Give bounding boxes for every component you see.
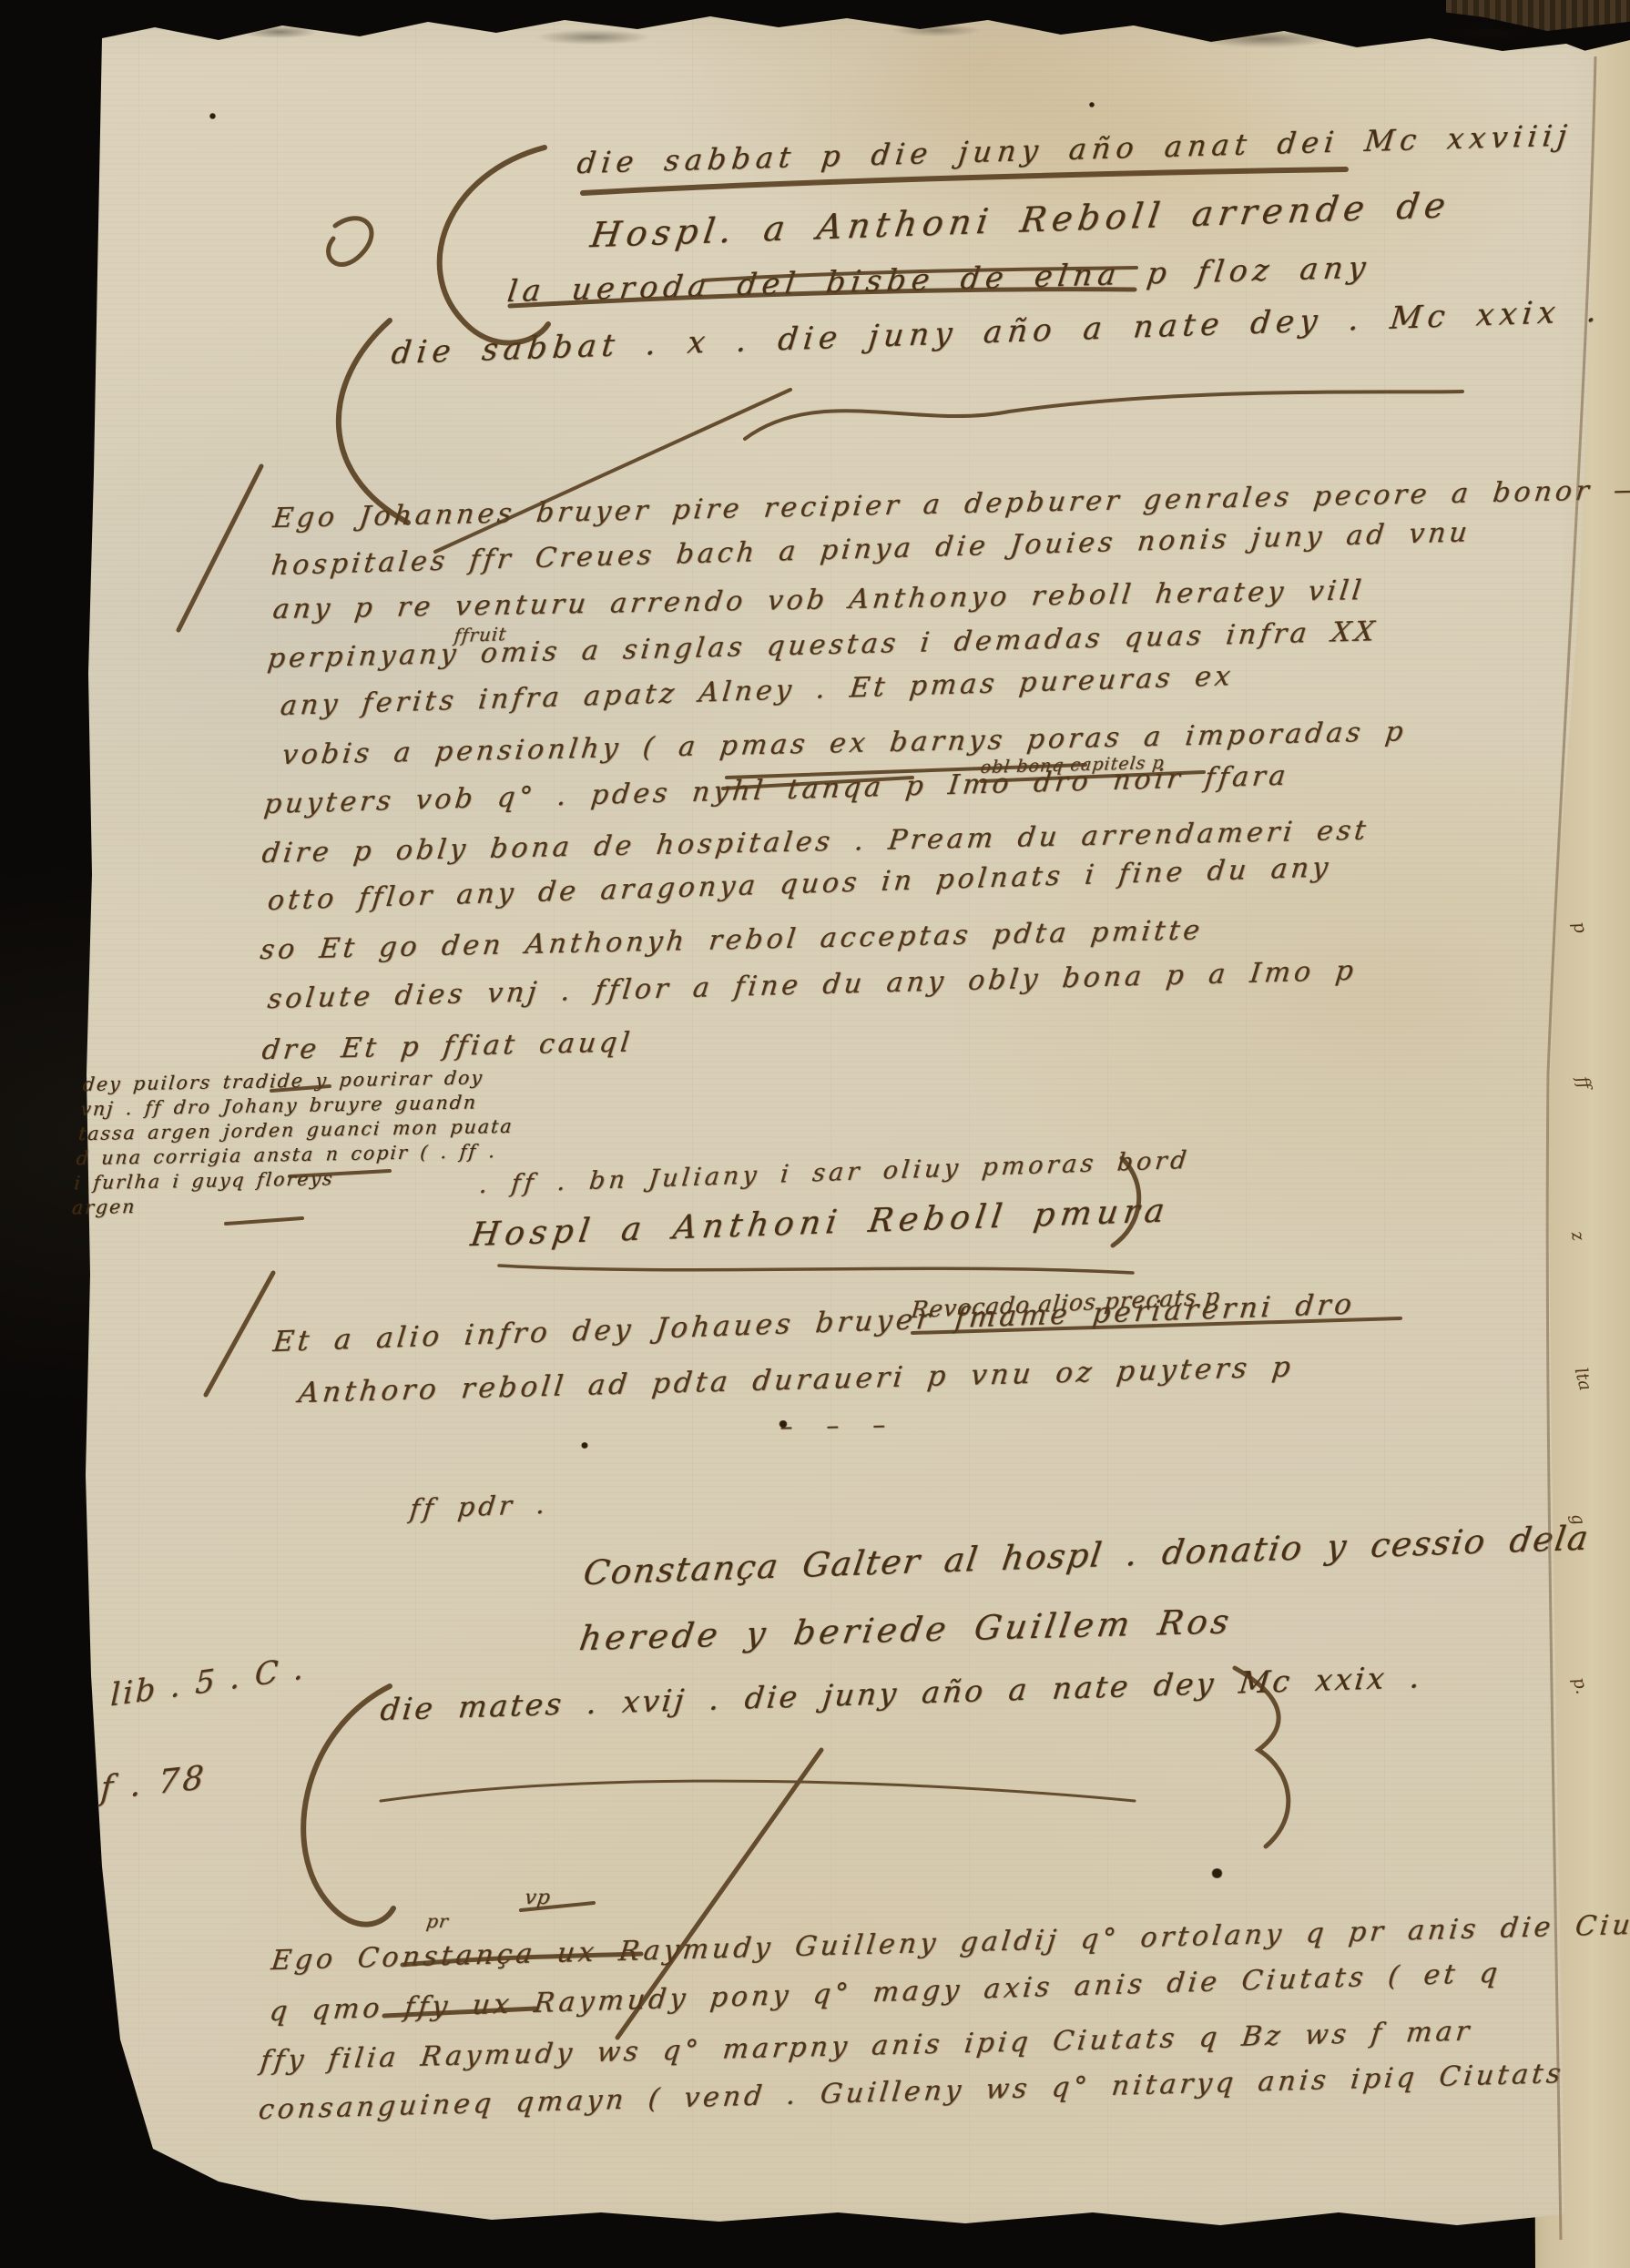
- entry2-struck-insert: vp: [523, 1887, 552, 1909]
- ink-speck: [209, 113, 216, 119]
- margin-note: dey puilors tradide y pourirar doy vnj .…: [71, 1065, 519, 1221]
- manuscript-photo: die sabbat p die juny año anat dei Mc xx…: [0, 0, 1630, 2268]
- ink-speck: [779, 1420, 788, 1428]
- ink-speck: [581, 1442, 588, 1449]
- addendum-dashes: – – –: [779, 1409, 898, 1441]
- ink-speck: [1211, 1868, 1223, 1878]
- entry2-interlinear-insert: pr: [425, 1910, 451, 1932]
- entry1-interlinear-insert: ffruit: [453, 623, 507, 646]
- torn-top-edge: [100, 18, 1594, 53]
- addendum-foot-line: ff pdr .: [408, 1489, 550, 1524]
- ink-speck: [1089, 102, 1095, 107]
